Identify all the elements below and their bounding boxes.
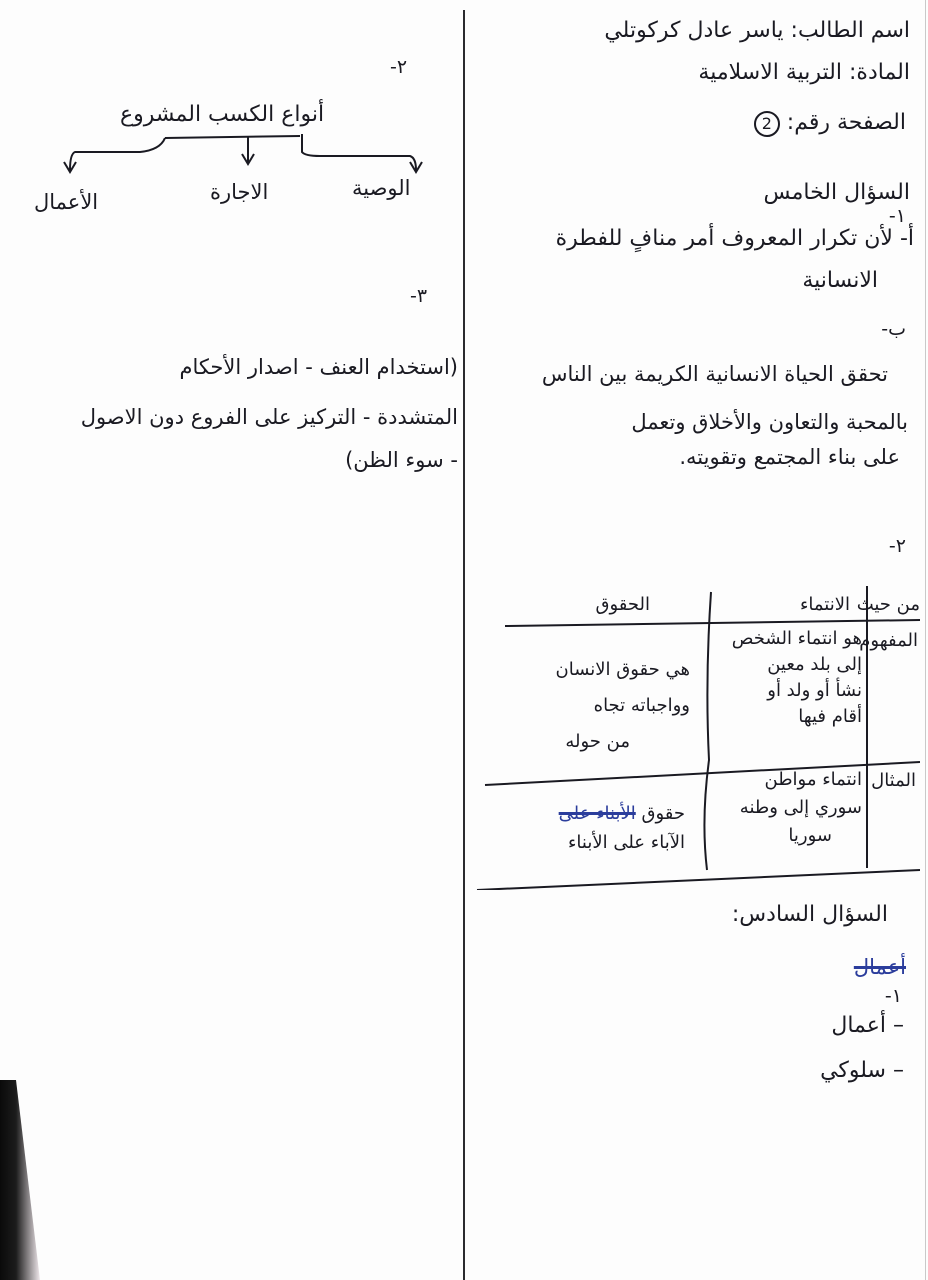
section3-line3: - سوء الظن)	[345, 448, 458, 473]
row-example-rights: حقوق الأبناء على الآباء على الأبناء	[559, 800, 685, 858]
student-name: ياسر عادل كركوتلي	[604, 18, 783, 43]
belonging-line: أقام فيها	[732, 704, 862, 730]
part-a-label: أ-	[900, 226, 914, 251]
question6-part1-label: ١-	[885, 985, 902, 1008]
row-concept-label: المفهوم	[859, 628, 918, 654]
rights-line: الآباء على الأبناء	[559, 829, 685, 858]
belonging-line: إلى بلد معين	[732, 652, 862, 678]
header-aspect: من حيث	[857, 592, 920, 618]
question5-title: السؤال الخامس	[764, 180, 910, 206]
row-concept-belonging: هو انتماء الشخص إلى بلد معين نشأ أو ولد …	[732, 626, 862, 730]
scan-shadow	[0, 1080, 40, 1280]
row-concept-rights: هي حقوق الانسان وواجباته تجاه من حوله	[556, 652, 690, 760]
branch-lease: الاجارة	[210, 180, 268, 205]
belonging-line: سوريا	[740, 822, 832, 850]
rights-line: وواجباته تجاه	[556, 688, 690, 724]
part-b-line3: على بناء المجتمع وتقويته.	[679, 445, 900, 470]
question6-item-1: – أعمال	[831, 1013, 904, 1039]
part-a-line2: الانسانية	[802, 268, 878, 294]
question6-item-2: – سلوكي	[820, 1058, 904, 1084]
item-text: سلوكي	[820, 1058, 886, 1083]
question6-title: السؤال السادس:	[732, 902, 888, 928]
belonging-line: هو انتماء الشخص	[732, 626, 862, 652]
section3-line1: (استخدام العنف - اصدار الأحكام	[179, 355, 458, 380]
section2-label: ٢-	[390, 56, 407, 79]
rights-line: من حوله	[556, 724, 630, 760]
question5-part1-label: ١-	[889, 205, 906, 228]
rights-line: هي حقوق الانسان	[556, 652, 690, 688]
item-text: أعمال	[831, 1013, 886, 1038]
part-b-line1: تحقق الحياة الانسانية الكريمة بين الناس	[542, 362, 888, 387]
comparison-table: من حيث الانتماء الحقوق المفهوم هو انتماء…	[475, 580, 920, 890]
section3-label: ٣-	[410, 285, 427, 308]
earning-types-diagram: أنواع الكسب المشروع الوصية الاجارة الأعم…	[20, 100, 450, 230]
belonging-line: سوري إلى وطنه	[740, 794, 862, 822]
part-b-line2: بالمحبة والتعاون والأخلاق وتعمل	[631, 410, 908, 435]
page-number: 2	[754, 111, 780, 137]
column-divider	[463, 10, 465, 1280]
branch-will: الوصية	[352, 176, 411, 201]
row-example-belonging: انتماء مواطن سوري إلى وطنه سوريا	[740, 766, 862, 850]
question6-struck-word: أعمال	[854, 955, 906, 980]
student-name-label: اسم الطالب:	[791, 18, 910, 43]
rights-word: حقوق	[642, 803, 686, 824]
question5-part2-label: ٢-	[889, 535, 906, 558]
question5-part-a: أ- لأن تكرار المعروف أمر منافٍ للفطرة	[556, 226, 914, 252]
part-b-label: ب-	[881, 318, 906, 341]
branch-work: الأعمال	[34, 190, 98, 215]
student-name-line: اسم الطالب: ياسر عادل كركوتلي	[604, 18, 910, 44]
page-label: الصفحة رقم:	[787, 110, 906, 135]
header-belonging: الانتماء	[800, 592, 850, 618]
belonging-line: نشأ أو ولد أو	[732, 678, 862, 704]
part-a-line1: لأن تكرار المعروف أمر منافٍ للفطرة	[556, 226, 893, 251]
belonging-line: انتماء مواطن	[740, 766, 862, 794]
subject-line: المادة: التربية الاسلامية	[698, 60, 910, 86]
rights-line: حقوق الأبناء على	[559, 800, 685, 829]
subject: التربية الاسلامية	[698, 60, 842, 85]
header-rights: الحقوق	[596, 592, 650, 618]
subject-label: المادة:	[849, 60, 910, 85]
answer-sheet: اسم الطالب: ياسر عادل كركوتلي المادة: ال…	[0, 0, 928, 1280]
page-edge	[925, 0, 926, 1280]
section3-line2: المتشددة - التركيز على الفروع دون الاصول	[81, 405, 458, 430]
struck-text: الأبناء على	[559, 803, 636, 824]
row-example-label: المثال	[871, 768, 916, 794]
page-number-line: الصفحة رقم: 2	[754, 110, 906, 137]
